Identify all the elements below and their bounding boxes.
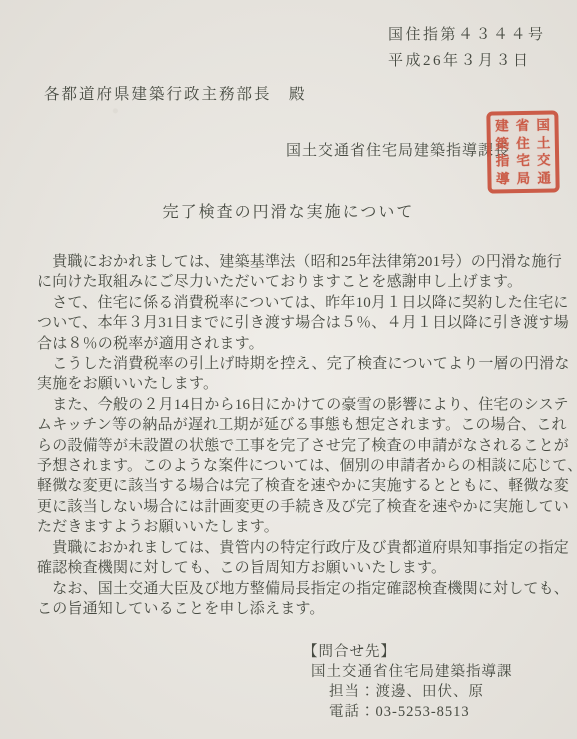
body-line: ただきますようお願いいたします。 — [37, 517, 552, 537]
body-line: 軽微な変更に該当する場合は完了検査を速やかに実施するとともに、軽微な変 — [37, 476, 552, 496]
seal-character: 省 — [512, 117, 533, 135]
seal-character: 築 — [492, 135, 513, 153]
contact-block: 【問合せ先】 国土交通省住宅局建築指導課 担当：渡邊、田伏、原 電話：03-52… — [303, 642, 513, 722]
body-line: また、今般の２月14日から16日にかけての豪雪の影響により、住宅のシステ — [37, 395, 552, 415]
seal-character: 住 — [512, 134, 533, 152]
body-line: ムキッチン等の納品が遅れ工期が延びる事態も想定されます。この場合、これ — [37, 415, 552, 435]
body-line: 更に該当しない場合には計画変更の手続き及び完了検査を速やかに実施してい — [37, 497, 552, 517]
document-title: 完了検査の円滑な実施について — [0, 199, 577, 222]
document-reference-number: 国住指第４３４４号 — [388, 22, 546, 48]
body-line: 合は８％の税率が適用されます。 — [37, 334, 552, 354]
body-line: 確認検査機関に対しても、この旨周知方お願いいたします。 — [37, 558, 552, 578]
seal-character: 交 — [533, 151, 554, 169]
body-line: 実施をお願いいたします。 — [37, 374, 552, 394]
seal-character: 宅 — [513, 152, 534, 170]
body-line: なお、国土交通大臣及び地方整備局長指定の指定確認検査機関に対しても、 — [37, 579, 552, 599]
seal-character: 土 — [533, 134, 554, 152]
body-line: 予想されます。このような案件については、個別の申請者からの相談に応じて、 — [37, 456, 552, 476]
scanned-letter-page: 国住指第４３４４号 平成26年３月３日 各都道府県建築行政主務部長 殿 国土交通… — [0, 0, 577, 739]
contact-phone: 電話：03-5253-8513 — [329, 702, 513, 722]
seal-character: 通 — [534, 169, 555, 187]
contact-department: 国土交通省住宅局建築指導課 — [311, 662, 513, 682]
contact-staff: 担当：渡邊、田伏、原 — [329, 682, 513, 702]
seal-character: 国 — [533, 116, 554, 134]
body-line: らの設備等が未設置の状態で工事を完了させ完了検査の申請がなされることが — [37, 436, 552, 456]
seal-character: 導 — [492, 170, 513, 188]
body-line: に向けた取組みにご尽力いただいておりますことを感謝申し上げます。 — [37, 272, 552, 292]
body-line: 貴職におかれましては、建築基準法（昭和25年法律第201号）の円滑な施行 — [37, 252, 552, 272]
seal-character: 建 — [491, 117, 512, 135]
body-line: ついて、本年３月31日までに引き渡す場合は５％、４月１日以降に引き渡す場 — [37, 313, 552, 333]
letter-body: 貴職におかれましては、建築基準法（昭和25年法律第201号）の円滑な施行 に向け… — [37, 252, 552, 619]
letter-header-right: 国住指第４３４４号 平成26年３月３日 — [388, 22, 546, 74]
contact-heading: 【問合せ先】 — [303, 642, 513, 662]
seal-character: 指 — [492, 152, 513, 170]
sender-line: 国土交通省住宅局建築指導課長 — [286, 139, 510, 160]
official-seal: 国 土 交 通 省 住 宅 局 建 築 指 導 — [486, 110, 559, 193]
body-line: この旨通知していることを申し添えます。 — [37, 599, 552, 619]
body-line: 貴職におかれましては、貴管内の特定行政庁及び貴都道府県知事指定の指定 — [37, 538, 552, 558]
body-line: さて、住宅に係る消費税率については、昨年10月１日以降に契約した住宅に — [37, 293, 552, 313]
seal-character: 局 — [513, 169, 534, 187]
recipient-line: 各都道府県建築行政主務部長 殿 — [44, 82, 307, 104]
document-date: 平成26年３月３日 — [388, 48, 546, 74]
body-line: こうした消費税率の引上げ時期を控え、完了検査についてより一層の円滑な — [37, 354, 552, 374]
